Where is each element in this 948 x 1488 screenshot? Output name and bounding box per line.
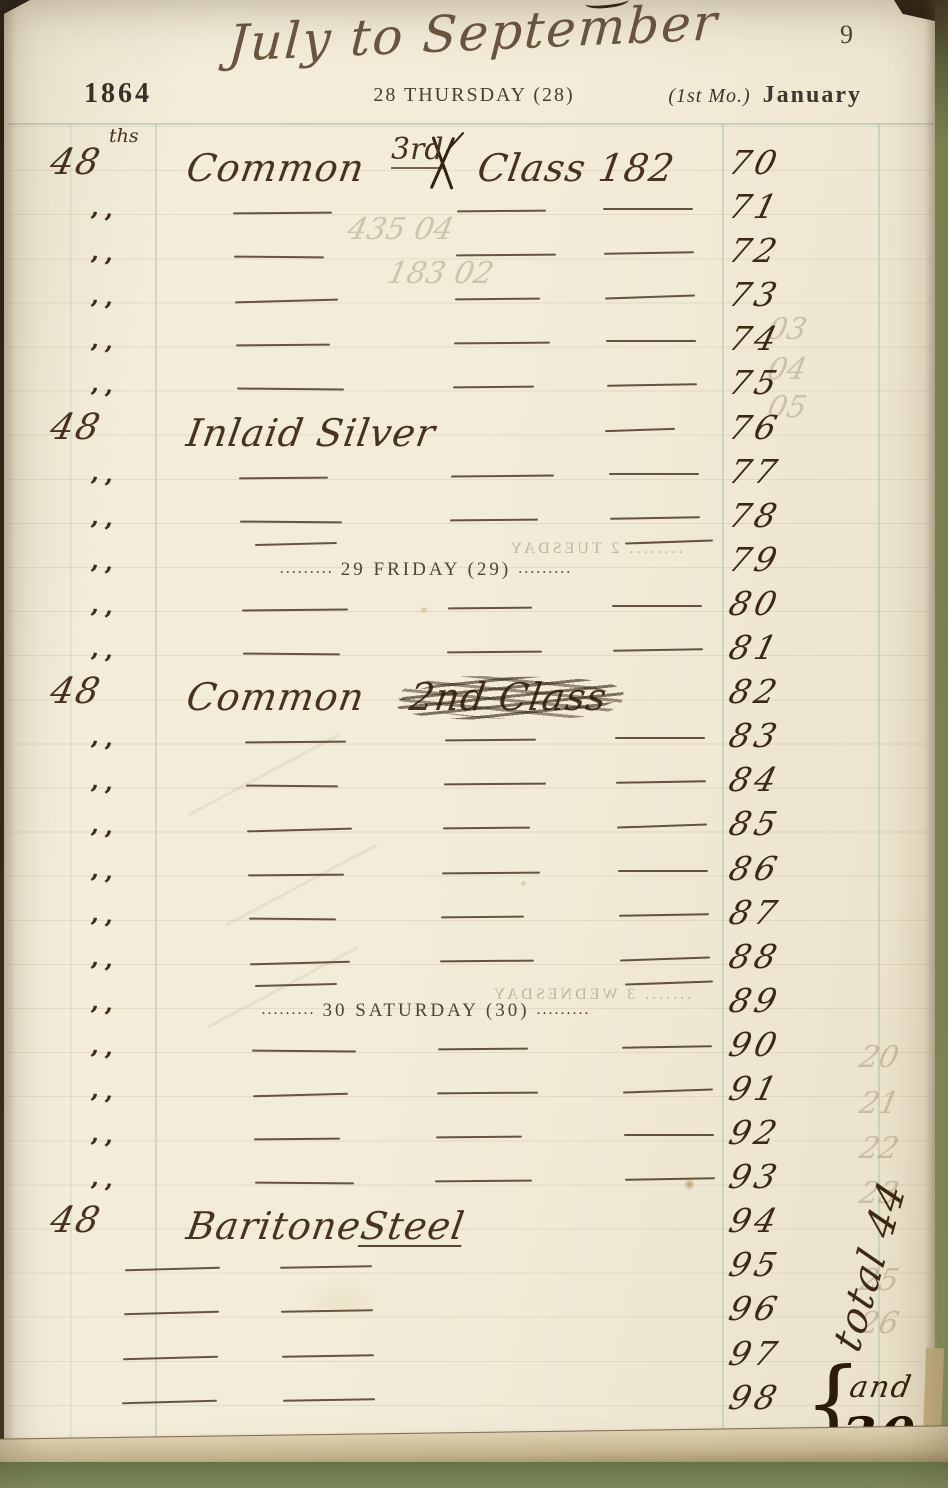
- line-number: 77: [725, 452, 785, 491]
- ditto-mark: ‚‚: [89, 192, 121, 225]
- line-number: 94: [725, 1201, 785, 1240]
- ledger-row: ‚‚86: [45, 848, 945, 892]
- line-number-cell: 81: [730, 628, 780, 667]
- line-number-cell: 80: [730, 584, 780, 623]
- ditto-mark: ‚‚: [89, 810, 121, 843]
- ledger-row: 96: [45, 1288, 945, 1332]
- ledger-row: 48Common2nd Class82: [45, 671, 945, 715]
- ledger-rows: 48thsCommonClass 1823rd70‚‚71‚‚72‚‚73‚‚7…: [45, 142, 945, 1465]
- line-number: 70: [725, 143, 785, 182]
- ledger-row: ‚‚84: [45, 759, 945, 803]
- quantity-cell: ‚‚: [45, 274, 155, 318]
- line-number: 84: [725, 760, 785, 799]
- quantity-cell: 48: [45, 671, 155, 715]
- quantity-cell: ‚‚: [45, 1156, 155, 1200]
- line-number: 88: [725, 937, 785, 976]
- carry-word: and: [847, 1370, 916, 1405]
- ledger-row: 48Inlaid Silver76: [45, 407, 945, 451]
- quantity-cell: ‚‚: [45, 1024, 155, 1068]
- ledger-row: ‚‚.........30 SATURDAY (30).........89: [45, 980, 945, 1024]
- ledger-row: ‚‚75: [45, 362, 945, 406]
- line-number-cell: 71: [730, 187, 780, 226]
- entry-cell: [155, 631, 727, 675]
- ditto-mark: ‚‚: [89, 854, 121, 887]
- entry-cell: CommonClass 1823rd: [155, 146, 727, 190]
- quantity-cell: ‚‚: [45, 715, 155, 759]
- line-number-cell: 97: [730, 1334, 780, 1373]
- line-number-cell: 95: [730, 1245, 780, 1284]
- separator-dots: .........: [518, 560, 572, 577]
- entry-cell: [155, 278, 727, 322]
- printed-day-separator: .........29 FRIDAY (29).........: [155, 559, 697, 581]
- quantity-cell: ‚‚: [45, 318, 155, 362]
- separator-dots: .........: [261, 1001, 315, 1018]
- unit-superscript: ths: [109, 125, 139, 147]
- entry-cell: [155, 1072, 727, 1116]
- ledger-row: ‚‚77: [45, 451, 945, 495]
- ditto-mark: ‚‚: [89, 281, 121, 314]
- inserted-correction: 3rd: [391, 132, 444, 169]
- ledger-row: 95: [45, 1244, 945, 1288]
- ledger-row: 48thsCommonClass 1823rd70: [45, 142, 945, 186]
- line-number-cell: 77: [730, 452, 780, 491]
- line-number-cell: 76: [730, 408, 780, 447]
- entry-text: Inlaid Silver: [184, 411, 439, 455]
- line-number-cell: 88: [730, 937, 780, 976]
- line-number: 73: [725, 275, 785, 314]
- ditto-mark: ‚‚: [89, 986, 121, 1019]
- printed-month-header: (1st Mo.) January: [668, 82, 862, 109]
- ledger-row: ‚‚74: [45, 318, 945, 362]
- quantity-cell: [45, 1244, 155, 1288]
- separator-label: 29 FRIDAY (29): [341, 559, 511, 580]
- ditto-mark: ‚‚: [89, 1030, 121, 1063]
- ledger-row: ‚‚.........29 FRIDAY (29).........79: [45, 539, 945, 583]
- entry-cell: [155, 587, 727, 631]
- separator-label: 30 SATURDAY (30): [322, 1000, 529, 1021]
- ditto-mark: ‚‚: [89, 942, 121, 975]
- line-number-cell: 84: [730, 760, 780, 799]
- entry-cell: [155, 366, 727, 410]
- line-number-cell: 78: [730, 496, 780, 535]
- line-number-cell: 91: [730, 1069, 780, 1108]
- line-number-cell: 98: [730, 1378, 780, 1417]
- diary-page: ........ 2 TUESDAY....... 3 WEDNESDAY435…: [0, 0, 948, 1488]
- ditto-mark: ‚‚: [89, 722, 121, 755]
- ledger-row: ‚‚87: [45, 892, 945, 936]
- ditto-mark: ‚‚: [89, 589, 121, 622]
- entry-cell: [155, 499, 727, 543]
- line-number: 89: [725, 981, 785, 1020]
- ledger-row: ‚‚92: [45, 1112, 945, 1156]
- ledger-row: ‚‚88: [45, 936, 945, 980]
- line-number-cell: 73: [730, 275, 780, 314]
- line-number: 78: [725, 496, 785, 535]
- line-number-cell: 72: [730, 231, 780, 270]
- ditto-mark: ‚‚: [89, 457, 121, 490]
- entry-cell: .........29 FRIDAY (29).........: [155, 543, 727, 587]
- line-number-cell: 79: [730, 540, 780, 579]
- entry-cell: [155, 896, 727, 940]
- line-number-cell: 89: [730, 981, 780, 1020]
- quantity-value: 48: [47, 142, 106, 183]
- line-number-cell: 75: [730, 363, 780, 402]
- cover-edge-right: [935, 0, 948, 1488]
- quantity-cell: ‚‚: [45, 980, 155, 1024]
- ditto-mark: ‚‚: [89, 766, 121, 799]
- line-number: 95: [725, 1245, 785, 1284]
- ledger-row: ‚‚91: [45, 1068, 945, 1112]
- entry-cell: [155, 1381, 727, 1425]
- entry-cell: [155, 719, 727, 763]
- entry-cell: [155, 1116, 727, 1160]
- line-number-cell: 90: [730, 1025, 780, 1064]
- line-number-cell: 83: [730, 716, 780, 755]
- ledger-row: ‚‚93: [45, 1156, 945, 1200]
- line-number: 87: [725, 893, 785, 932]
- quantity-cell: ‚‚: [45, 451, 155, 495]
- line-number: 98: [725, 1378, 785, 1417]
- entry-cell: [155, 1028, 727, 1072]
- page-number: 9: [840, 20, 853, 50]
- quantity-cell: ‚‚: [45, 803, 155, 847]
- line-number: 86: [725, 849, 785, 888]
- quantity-cell: ‚‚: [45, 495, 155, 539]
- ledger-row: ‚‚90: [45, 1024, 945, 1068]
- line-number-cell: 85: [730, 804, 780, 843]
- line-number-cell: 82: [730, 672, 780, 711]
- line-number: 92: [725, 1113, 785, 1152]
- line-number: 74: [725, 319, 785, 358]
- ledger-row: ‚‚78: [45, 495, 945, 539]
- line-number-cell: 93: [730, 1157, 780, 1196]
- separator-dots: .........: [537, 1001, 591, 1018]
- entry-cell: Inlaid Silver: [155, 411, 727, 455]
- line-number: 76: [725, 408, 785, 447]
- quantity-cell: ‚‚: [45, 186, 155, 230]
- line-number: 91: [725, 1069, 785, 1108]
- quantity-cell: 48: [45, 1200, 155, 1244]
- printed-day-separator: .........30 SATURDAY (30).........: [155, 1000, 697, 1022]
- ledger-row: ‚‚81: [45, 627, 945, 671]
- handwritten-title: July to September: [226, 0, 720, 73]
- entry-cell: [155, 1337, 727, 1381]
- separator-dots: .........: [280, 560, 334, 577]
- line-number: 90: [725, 1025, 785, 1064]
- entry-text-underlined: Steel: [358, 1204, 468, 1248]
- entry-text: Common: [184, 146, 368, 190]
- ditto-mark: ‚‚: [89, 1074, 121, 1107]
- entry-cell: [155, 763, 727, 807]
- line-number: 96: [725, 1289, 785, 1328]
- line-number: 75: [725, 363, 785, 402]
- quantity-cell: ‚‚: [45, 583, 155, 627]
- quantity-value: 48: [47, 671, 106, 712]
- quantity-cell: ‚‚: [45, 848, 155, 892]
- line-number: 81: [725, 628, 785, 667]
- line-number-cell: 74: [730, 319, 780, 358]
- entry-cell: Baritone Steel: [155, 1204, 727, 1248]
- quantity-cell: ‚‚: [45, 627, 155, 671]
- entry-cell: [155, 234, 727, 278]
- line-number: 79: [725, 540, 785, 579]
- ledger-row: 48Baritone Steel94: [45, 1200, 945, 1244]
- line-number-cell: 96: [730, 1289, 780, 1328]
- ditto-mark: ‚‚: [89, 369, 121, 402]
- header-rule-line: [8, 123, 934, 125]
- cover-edge-bottom: [0, 1462, 948, 1488]
- entry-cell: [155, 455, 727, 499]
- line-number-cell: 94: [730, 1201, 780, 1240]
- line-number: 97: [725, 1334, 785, 1373]
- line-number: 85: [725, 804, 785, 843]
- ditto-mark: ‚‚: [89, 501, 121, 534]
- line-number-cell: 87: [730, 893, 780, 932]
- entry-cell: .........30 SATURDAY (30).........: [155, 984, 727, 1028]
- ditto-mark: ‚‚: [89, 325, 121, 358]
- ditto-mark: ‚‚: [89, 1163, 121, 1196]
- ledger-row: ‚‚85: [45, 803, 945, 847]
- entry-cell: [155, 322, 727, 366]
- entry-text: Baritone: [184, 1204, 365, 1248]
- quantity-cell: ‚‚: [45, 892, 155, 936]
- ditto-mark: ‚‚: [89, 545, 121, 578]
- line-number-cell: 86: [730, 849, 780, 888]
- entry-cell: [155, 190, 727, 234]
- quantity-cell: ‚‚: [45, 1112, 155, 1156]
- quantity-cell: [45, 1288, 155, 1332]
- quantity-cell: ‚‚: [45, 759, 155, 803]
- month-prefix: (1st Mo.): [668, 85, 750, 107]
- entry-cell: [155, 1248, 727, 1292]
- quantity-cell: ‚‚: [45, 539, 155, 583]
- entry-cell: [155, 1292, 727, 1336]
- quantity-cell: 48ths: [45, 142, 155, 186]
- ledger-row: ‚‚80: [45, 583, 945, 627]
- entry-cell: [155, 852, 727, 896]
- entry-text: Common: [184, 675, 368, 719]
- month-name: January: [763, 82, 862, 108]
- quantity-cell: 48: [45, 407, 155, 451]
- ledger-row: ‚‚72: [45, 230, 945, 274]
- line-number: 80: [725, 584, 785, 623]
- entry-text: Class 182: [475, 146, 678, 190]
- quantity-cell: [45, 1377, 155, 1421]
- page-edge-shadow: [925, 0, 935, 1488]
- quantity-cell: ‚‚: [45, 230, 155, 274]
- quantity-cell: [45, 1333, 155, 1377]
- ledger-row: ‚‚73: [45, 274, 945, 318]
- ditto-mark: ‚‚: [89, 237, 121, 270]
- line-number-cell: 70: [730, 143, 780, 182]
- entry-cell: [155, 1160, 727, 1204]
- line-number: 71: [725, 187, 785, 226]
- page-crease: [4, 0, 16, 1488]
- line-number: 72: [725, 231, 785, 270]
- line-number-cell: 92: [730, 1113, 780, 1152]
- quantity-value: 48: [47, 1200, 106, 1241]
- quantity-cell: ‚‚: [45, 362, 155, 406]
- quantity-cell: ‚‚: [45, 1068, 155, 1112]
- quantity-cell: ‚‚: [45, 936, 155, 980]
- line-number: 83: [725, 716, 785, 755]
- quantity-value: 48: [47, 407, 106, 448]
- entry-cell: Common2nd Class: [155, 675, 727, 719]
- ditto-mark: ‚‚: [89, 1118, 121, 1151]
- ditto-mark: ‚‚: [89, 633, 121, 666]
- ledger-row: ‚‚71: [45, 186, 945, 230]
- line-number: 82: [725, 672, 785, 711]
- entry-cell: [155, 807, 727, 851]
- ditto-mark: ‚‚: [89, 898, 121, 931]
- line-number: 93: [725, 1157, 785, 1196]
- ledger-row: ‚‚83: [45, 715, 945, 759]
- entry-cell: [155, 940, 727, 984]
- scribbled-text: 2nd Class: [407, 675, 611, 719]
